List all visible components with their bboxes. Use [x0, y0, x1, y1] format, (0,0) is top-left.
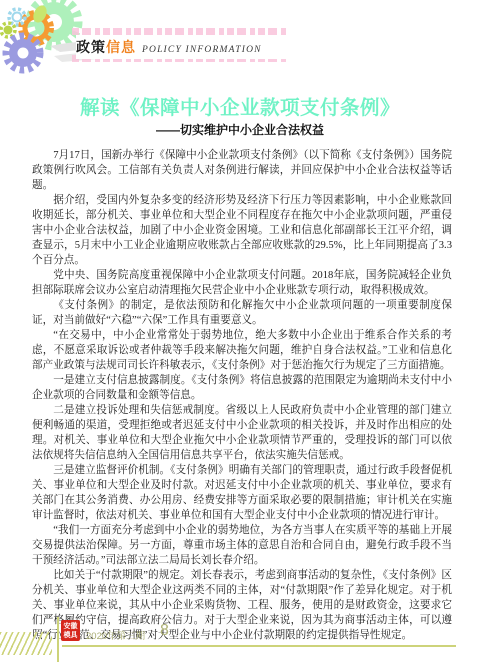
article-body: 7月17日，国新办举行《保障中小企业款项支付条例》（以下简称《支付条例》）国务院…	[32, 148, 452, 643]
paragraph: 7月17日，国新办举行《保障中小企业款项支付条例》（以下简称《支付条例》）国务院…	[32, 148, 452, 193]
footer-hatch-decoration	[0, 632, 52, 655]
paragraph: 二是建立投诉处理和失信惩戒制度。省级以上人民政府负责中小企业管理的部门建立便利畅…	[32, 403, 452, 463]
pink-watermark-fragment-top	[72, 28, 287, 35]
article-title: 解读《保障中小企业款项支付条例》	[0, 92, 480, 120]
section-title-en: POLICY INFORMATION	[142, 45, 262, 55]
page-number: 8	[160, 622, 169, 640]
section-title-zh-2: 信息	[106, 41, 136, 56]
journal-badge-line1: 安徽	[61, 622, 80, 631]
journal-logo-badge: 安徽 模具	[61, 620, 80, 641]
magazine-page: 政策信息POLICY INFORMATION 解读《保障中小企业款项支付条例》 …	[0, 0, 480, 665]
article-subtitle: ——切实维护中小企业合法权益	[0, 121, 480, 138]
section-title-zh-1: 政策	[76, 41, 106, 56]
paragraph: 一是建立支付信息披露制度。《支付条例》将信息披露的范围限定为逾期尚未支付中小企业…	[32, 373, 452, 403]
paragraph: 据介绍，受国内外复杂多变的经济形势及经济下行压力等因素影响，中小企业账款回收期延…	[32, 193, 452, 268]
paragraph: 三是建立监督评价机制。《支付条例》明确有关部门的管理职责，通过行政手段督促机关、…	[32, 463, 452, 523]
header-band: 政策信息POLICY INFORMATION	[70, 28, 310, 62]
paragraph: “我们一方面充分考虑到中小企业的弱势地位，为各方当事人在实质平等的基础上开展交易…	[32, 523, 452, 568]
paragraph: “在交易中，中小企业常常处于弱势地位，绝大多数中小企业出于维系合作关系的考虑，不…	[32, 328, 452, 373]
issue-label: 2020年第三期	[86, 628, 145, 642]
footer-vertical-rule	[57, 617, 59, 662]
footer-horizontal-rule	[62, 645, 456, 647]
journal-badge-line2: 模具	[61, 631, 80, 640]
paragraph: 《支付条例》的制定，是依法预防和化解拖欠中小企业款项问题的一项重要制度保证，对当…	[32, 298, 452, 328]
paragraph: 党中央、国务院高度重视保障中小企业款项支付问题。2018年底，国务院减轻企业负担…	[32, 268, 452, 298]
section-title: 政策信息POLICY INFORMATION	[76, 35, 306, 59]
